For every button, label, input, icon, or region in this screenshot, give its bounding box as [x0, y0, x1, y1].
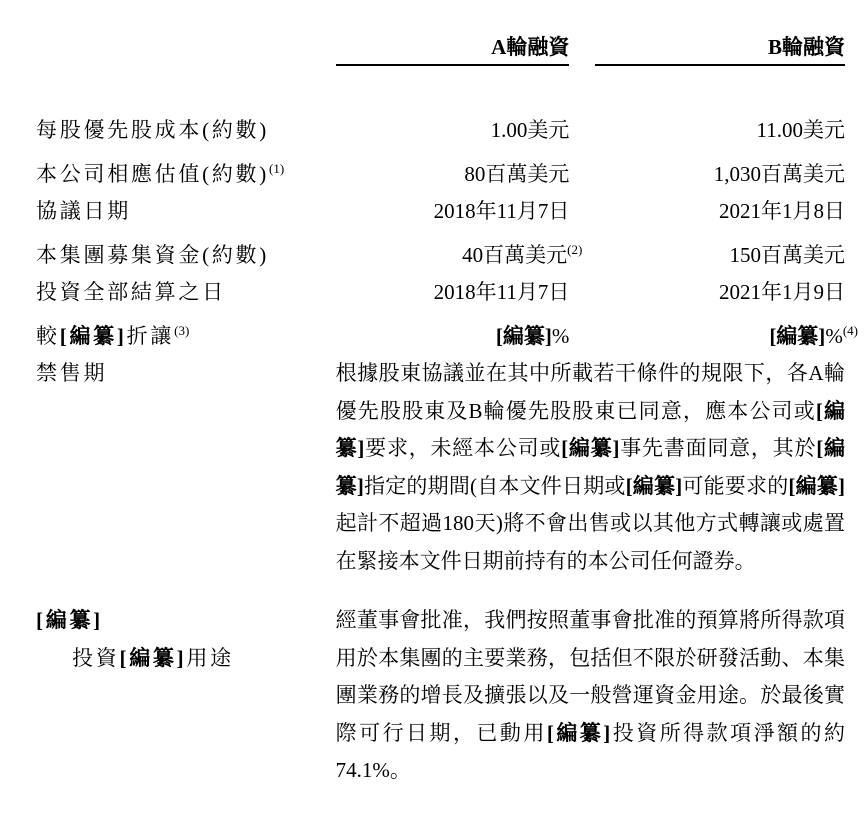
table-row-agreement-date: 協議日期 2018年11月7日 2021年1月8日: [36, 193, 845, 231]
row-label: 較[編纂]折讓(3): [36, 312, 336, 356]
use-of-proceeds-paragraph: 經董事會批准，我們按照董事會批准的預算將所得款項用於本集團的主要業務，包括但不限…: [336, 602, 845, 790]
row-label: 禁售期: [36, 355, 336, 393]
row-label: 本集團募集資金(約數): [36, 237, 336, 275]
table-row-cost-per-share: 每股優先股成本(約數) 1.00美元 11.00美元: [36, 112, 845, 150]
table-row-discount: 較[編纂]折讓(3) [編纂]% [編纂]%(4): [36, 312, 845, 356]
table-body: 每股優先股成本(約數) 1.00美元 11.00美元 本公司相應估值(約數)(1…: [36, 112, 845, 580]
column-header-series-b: B輪融資: [595, 34, 845, 66]
value-series-a: 80百萬美元: [336, 156, 570, 194]
value-series-a: 1.00美元: [336, 112, 570, 150]
investment-use-label: 投資[編纂]用途: [36, 640, 336, 678]
value-series-a: 2018年11月7日: [336, 274, 570, 312]
redacted-label: [編纂]: [36, 602, 336, 640]
value-series-b: 2021年1月8日: [595, 193, 845, 231]
table-row-valuation: 本公司相應估值(約數)(1) 80百萬美元 1,030百萬美元: [36, 150, 845, 194]
use-of-proceeds-label: [編纂] 投資[編纂]用途: [36, 602, 336, 677]
prospectus-financing-section: A輪融資 B輪融資 每股優先股成本(約數) 1.00美元 11.00美元 本公司…: [0, 0, 867, 790]
row-label: 協議日期: [36, 193, 336, 231]
value-series-a: 40百萬美元(2): [336, 231, 570, 275]
table-header-row: A輪融資 B輪融資: [36, 34, 845, 66]
row-label: 本公司相應估值(約數)(1): [36, 150, 336, 194]
table-row-lockup: 禁售期 根據股東協議並在其中所載若干條件的規限下，各A輪優先股股東及B輪優先股股…: [36, 355, 845, 580]
value-series-a: 2018年11月7日: [336, 193, 570, 231]
row-label: 投資全部結算之日: [36, 274, 336, 312]
value-series-b: 1,030百萬美元: [595, 156, 845, 194]
table-row-funds-raised: 本集團募集資金(約數) 40百萬美元(2) 150百萬美元: [36, 231, 845, 275]
lockup-paragraph: 根據股東協議並在其中所載若干條件的規限下，各A輪優先股股東及B輪優先股股東已同意…: [336, 355, 845, 580]
table-row-settlement-date: 投資全部結算之日 2018年11月7日 2021年1月9日: [36, 274, 845, 312]
row-label: 每股優先股成本(約數): [36, 112, 336, 150]
column-header-series-a: A輪融資: [336, 34, 570, 66]
value-series-b: 11.00美元: [595, 112, 845, 150]
use-of-proceeds-row: [編纂] 投資[編纂]用途 經董事會批准，我們按照董事會批准的預算將所得款項用於…: [36, 602, 845, 790]
value-series-a: [編纂]%: [336, 318, 570, 356]
value-series-b: 2021年1月9日: [595, 274, 845, 312]
value-series-b: 150百萬美元: [595, 237, 845, 275]
value-series-b: [編纂]%(4): [595, 312, 845, 356]
